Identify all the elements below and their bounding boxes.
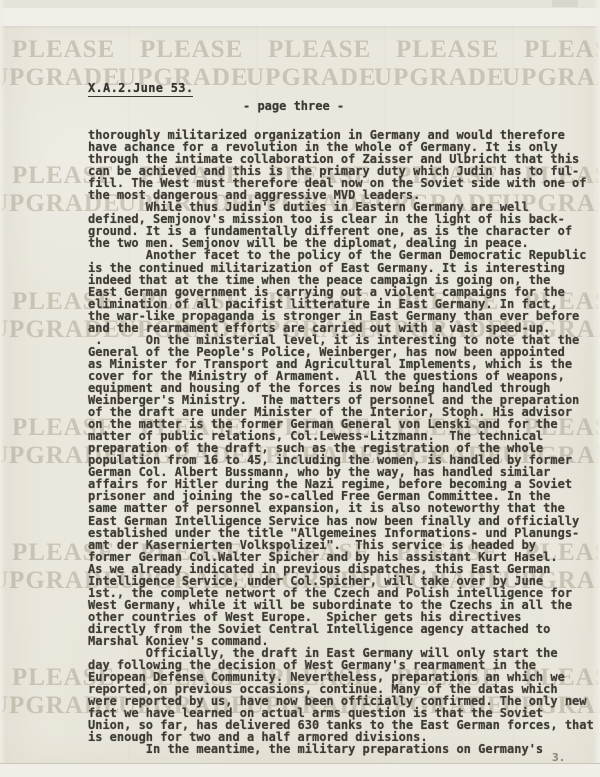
document-reference: X.A.2.June 53. <box>88 81 193 97</box>
document-body-text: thoroughly militarized organization in G… <box>88 129 596 755</box>
scan-edge-left <box>0 0 6 777</box>
scan-edge-top-band <box>0 8 600 26</box>
scan-edge-top <box>0 0 600 8</box>
page-number: 3. <box>552 751 565 764</box>
watermark-word: PLEASE <box>396 36 499 64</box>
watermark-word: UPGRADE <box>246 64 377 92</box>
scan-edge-bottom <box>0 763 600 777</box>
watermark-word: UPGRADE <box>374 64 505 92</box>
watermark-word: PLEASE <box>12 36 115 64</box>
scanned-document-page: PLEASEUPGRADEPLEASEUPGRADEPLEASEUPGRADEP… <box>0 0 600 777</box>
watermark-word: UPGRADE <box>502 64 600 92</box>
watermark-word: PLEASE <box>524 36 600 64</box>
scan-notch <box>552 0 578 7</box>
watermark-word: PLEASE <box>140 36 243 64</box>
page-label: - page three - <box>243 99 344 113</box>
watermark-word: PLEASE <box>268 36 371 64</box>
